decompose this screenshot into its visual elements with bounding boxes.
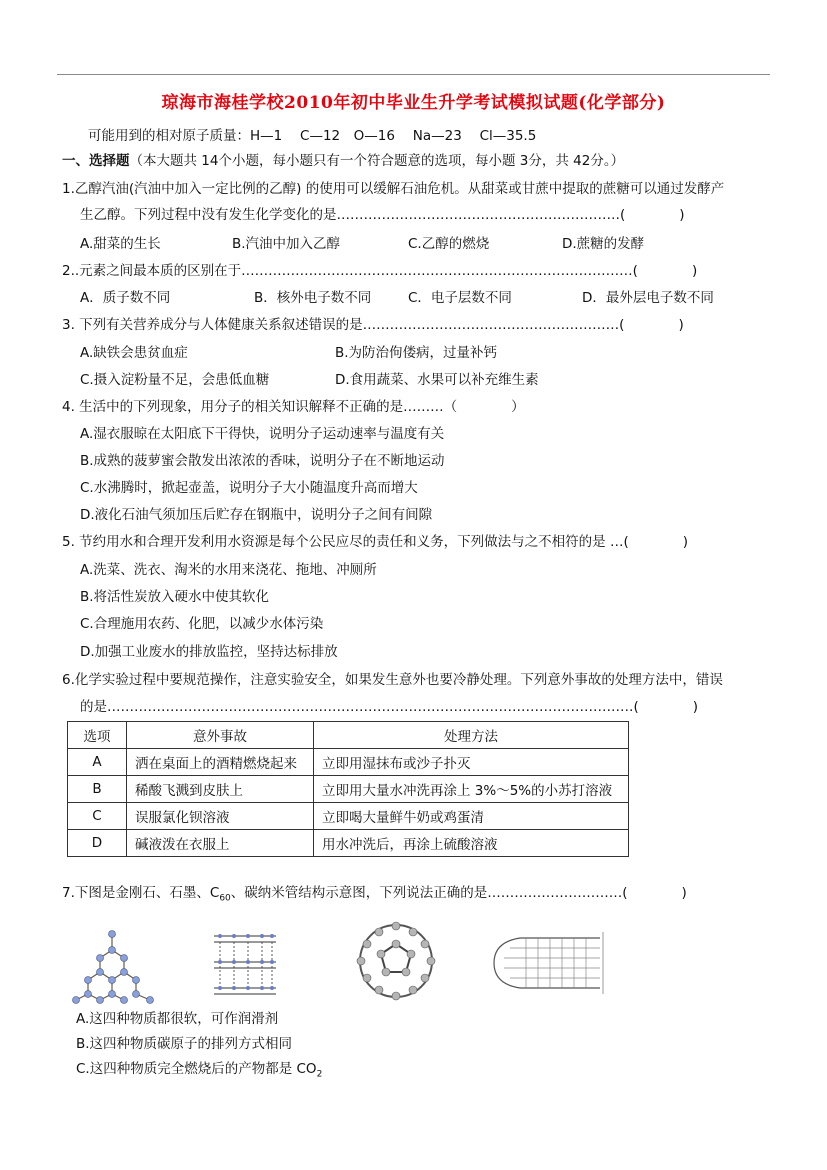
q7-line1: 7.下图是金刚石、石墨、C60、碳纳米管结构示意图，下列说法正确的是…………………: [62, 884, 687, 908]
q2-option-a: A．质子数不同: [80, 289, 170, 307]
q7-subscript: 60: [219, 894, 230, 904]
table-cell: 碱液泼在衣服上: [127, 830, 314, 857]
q1-option-a: A.甜菜的生长: [80, 235, 161, 253]
table-row: D 碱液泼在衣服上 用水冲洗后，再涂上硫酸溶液: [68, 830, 629, 857]
q2-option-d: D．最外层电子数不同: [582, 289, 714, 307]
carbon-nanotube-structure-figure: [490, 932, 605, 994]
graphite-structure-figure: [210, 928, 280, 998]
diamond-structure-figure: [70, 928, 160, 1004]
table-header: 意外事故: [127, 722, 314, 749]
q7-stem-post: 、碳纳米管结构示意图，下列说法正确的是…………………………: [231, 885, 623, 901]
q3-option-a: A.缺铁会患贫血症: [80, 344, 188, 362]
answer-blank: ( ): [619, 316, 684, 334]
table-cell: C: [68, 803, 127, 830]
table-cell: 立即用湿抹布或沙子扑灭: [314, 749, 629, 776]
table-cell: 立即用大量水冲洗再涂上 3%～5%的小苏打溶液: [314, 776, 629, 803]
q7-option-c: C.这四种物质完全燃烧后的产物都是 CO2: [76, 1060, 322, 1084]
q1-option-c: C.乙醇的燃烧: [408, 235, 489, 253]
table-row: B 稀酸飞溅到皮肤上 立即用大量水冲洗再涂上 3%～5%的小苏打溶液: [68, 776, 629, 803]
q6-line2: 的是………………………………………………………………………………………………………: [80, 698, 698, 716]
q1-option-b: B.汽油中加入乙醇: [232, 235, 340, 253]
q5-stem: 5. 节约用水和合理开发利用水资源是每个公民应尽的责任和义务，下列做法与之不相符…: [62, 534, 623, 550]
q4-option-d: D.液化石油气须加压后贮存在钢瓶中，说明分子之间有间隙: [80, 506, 432, 524]
answer-blank: ( ): [622, 884, 687, 902]
table-cell: 稀酸飞溅到皮肤上: [127, 776, 314, 803]
q4-line1: 4. 生活中的下列现象，用分子的相关知识解释不正确的是………（ ）: [62, 398, 525, 416]
q7-stem-pre: 7.下图是金刚石、石墨、C: [62, 885, 219, 901]
answer-blank: ( ): [620, 206, 685, 224]
q3-stem: 3. 下列有关营养成分与人体健康关系叙述错误的是……………………………………………: [62, 317, 619, 333]
answer-blank: （ ）: [444, 398, 525, 416]
table-cell: A: [68, 749, 127, 776]
q7-option-a: A.这四种物质都很软，可作润滑剂: [76, 1010, 278, 1028]
q2-stem: 2..元素之间最本质的区别在于……………………………………………………………………: [62, 263, 633, 279]
table-cell: 洒在桌面上的酒精燃烧起来: [127, 749, 314, 776]
answer-blank: ( ): [633, 262, 698, 280]
q4-stem: 4. 生活中的下列现象，用分子的相关知识解释不正确的是………: [62, 399, 444, 415]
q6-stem: 的是………………………………………………………………………………………………………: [80, 699, 634, 715]
q5-option-b: B.将活性炭放入硬水中使其软化: [80, 588, 269, 606]
q1-option-d: D.蔗糖的发酵: [562, 235, 644, 253]
q4-option-a: A.湿衣服晾在太阳底下干得快，说明分子运动速率与温度有关: [80, 425, 444, 443]
table-cell: B: [68, 776, 127, 803]
q5-option-a: A.洗菜、洗衣、淘米的水用来浇花、拖地、冲厕所: [80, 561, 377, 579]
table-header-row: 选项 意外事故 处理方法: [68, 722, 629, 749]
c60-structure-figure: [355, 920, 437, 1002]
q7-option-b: B.这四种物质碳原子的排列方式相同: [76, 1035, 292, 1053]
answer-blank: ( ): [623, 533, 688, 551]
header-rule: [57, 74, 770, 75]
q3-option-b: B.为防治佝偻病，过量补钙: [335, 344, 497, 362]
q7-option-c-text: C.这四种物质完全燃烧后的产物都是 CO: [76, 1061, 317, 1077]
table-cell: 立即喝大量鲜牛奶或鸡蛋清: [314, 803, 629, 830]
table-cell: D: [68, 830, 127, 857]
q5-line1: 5. 节约用水和合理开发利用水资源是每个公民应尽的责任和义务，下列做法与之不相符…: [62, 533, 688, 551]
q3-option-c: C.摄入淀粉量不足，会患低血糖: [80, 371, 269, 389]
q6-line1: 6.化学实验过程中要规范操作，注意实验安全，如果发生意外也要冷静处理。下列意外事…: [62, 671, 723, 689]
table-row: C 误服氯化钡溶液 立即喝大量鲜牛奶或鸡蛋清: [68, 803, 629, 830]
table-cell: 用水冲洗后，再涂上硫酸溶液: [314, 830, 629, 857]
q2-option-c: C．电子层数不同: [408, 289, 512, 307]
table-header: 选项: [68, 722, 127, 749]
q1-stem: 生乙醇。下列过程中没有发生化学变化的是………………………………………………………: [80, 207, 620, 223]
table-header: 处理方法: [314, 722, 629, 749]
section-heading: 一、选择题: [62, 153, 130, 169]
q5-option-d: D.加强工业废水的排放监控，坚持达标排放: [80, 643, 338, 661]
page-title: 琼海市海桂学校2010年初中毕业生升学考试模拟试题(化学部分): [0, 88, 827, 113]
q4-option-b: B.成熟的菠萝蜜会散发出浓浓的香味，说明分子在不断地运动: [80, 452, 445, 470]
q2-line1: 2..元素之间最本质的区别在于……………………………………………………………………: [62, 262, 697, 280]
q3-line1: 3. 下列有关营养成分与人体健康关系叙述错误的是……………………………………………: [62, 316, 684, 334]
q1-line1: 1.乙醇汽油(汽油中加入一定比例的乙醇) 的使用可以缓解石油危机。从甜菜或甘蔗中…: [62, 180, 724, 198]
q4-option-c: C.水沸腾时，掀起壶盖，说明分子大小随温度升高而增大: [80, 479, 418, 497]
q3-option-d: D.食用蔬菜、水果可以补充维生素: [335, 371, 539, 389]
q5-option-c: C.合理施用农药、化肥，以减少水体污染: [80, 615, 323, 633]
section-note: （本大题共 14个小题，每小题只有一个符合题意的选项，每小题 3分，共 42分。…: [130, 153, 625, 169]
q7-option-c-subscript: 2: [317, 1070, 323, 1080]
atomic-masses: 可能用到的相对原子质量：H—1 C—12 O—16 Na—23 Cl—35.5: [88, 127, 536, 145]
q1-line2: 生乙醇。下列过程中没有发生化学变化的是…………………………………………………………: [80, 206, 685, 224]
table-row: A 洒在桌面上的酒精燃烧起来 立即用湿抹布或沙子扑灭: [68, 749, 629, 776]
section-header: 一、选择题（本大题共 14个小题，每小题只有一个符合题意的选项，每小题 3分，共…: [62, 152, 624, 170]
accident-table: 选项 意外事故 处理方法 A 洒在桌面上的酒精燃烧起来 立即用湿抹布或沙子扑灭 …: [67, 721, 629, 857]
q2-option-b: B．核外电子数不同: [254, 289, 371, 307]
table-cell: 误服氯化钡溶液: [127, 803, 314, 830]
answer-blank: ( ): [634, 698, 699, 716]
